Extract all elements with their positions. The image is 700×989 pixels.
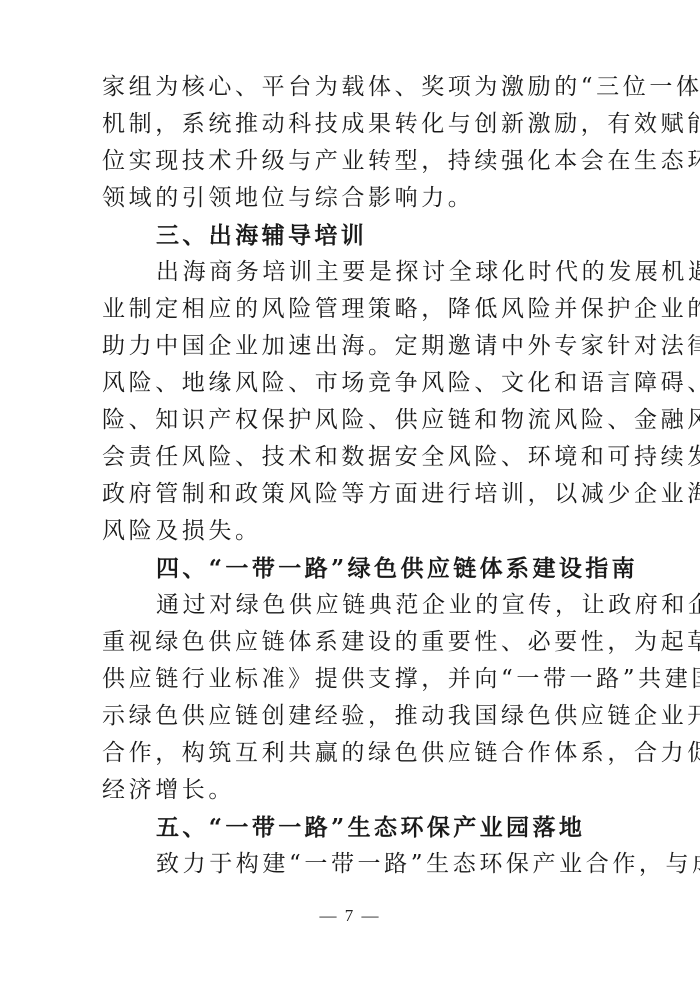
paragraph-line: 险、知识产权保护风险、供应链和物流风险、金融风险、社 [102,402,592,439]
paragraph-line: 政府管制和政策风险等方面进行培训，以减少企业海外投资 [102,476,592,513]
paragraph-line: 重视绿色供应链体系建设的重要性、必要性，为起草《绿色 [102,624,592,661]
paragraph-line: 机制，系统推动科技成果转化与创新激励，有效赋能会员单 [102,106,592,143]
paragraph-line: 助力中国企业加速出海。定期邀请中外专家针对法律和合规 [102,328,592,365]
paragraph-line: 会责任风险、技术和数据安全风险、环境和可持续发展风险、 [102,439,592,476]
paragraph-line: 位实现技术升级与产业转型，持续强化本会在生态环境科技 [102,143,592,180]
paragraph-line: 业制定相应的风险管理策略，降低风险并保护企业的利益， [102,291,592,328]
page-number: — 7 — [0,906,700,926]
paragraph-line: 家组为核心、平台为载体、奖项为激励的“三位一体”联动 [102,69,592,106]
paragraph-line: 风险及损失。 [102,513,592,550]
section-heading-4: 四、“一带一路”绿色供应链体系建设指南 [102,550,592,587]
paragraph-line: 供应链行业标准》提供支撑，并向“一带一路”共建国家展 [102,661,592,698]
paragraph-line: 致力于构建“一带一路”生态环保产业合作，与成员企 [102,846,592,883]
section-heading-5: 五、“一带一路”生态环保产业园落地 [102,809,592,846]
paragraph-line: 出海商务培训主要是探讨全球化时代的发展机遇，为企 [102,254,592,291]
paragraph-line: 合作，构筑互利共赢的绿色供应链合作体系，合力促进世界 [102,735,592,772]
paragraph-line: 经济增长。 [102,772,592,809]
paragraph-line: 风险、地缘风险、市场竞争风险、文化和语言障碍、财务风 [102,365,592,402]
document-page: 家组为核心、平台为载体、奖项为激励的“三位一体”联动 机制，系统推动科技成果转化… [102,69,592,883]
paragraph-line: 领域的引领地位与综合影响力。 [102,180,592,217]
section-heading-3: 三、出海辅导培训 [102,217,592,254]
paragraph-line: 通过对绿色供应链典范企业的宣传，让政府和企业更加 [102,587,592,624]
paragraph-line: 示绿色供应链创建经验，推动我国绿色供应链企业开展国际 [102,698,592,735]
